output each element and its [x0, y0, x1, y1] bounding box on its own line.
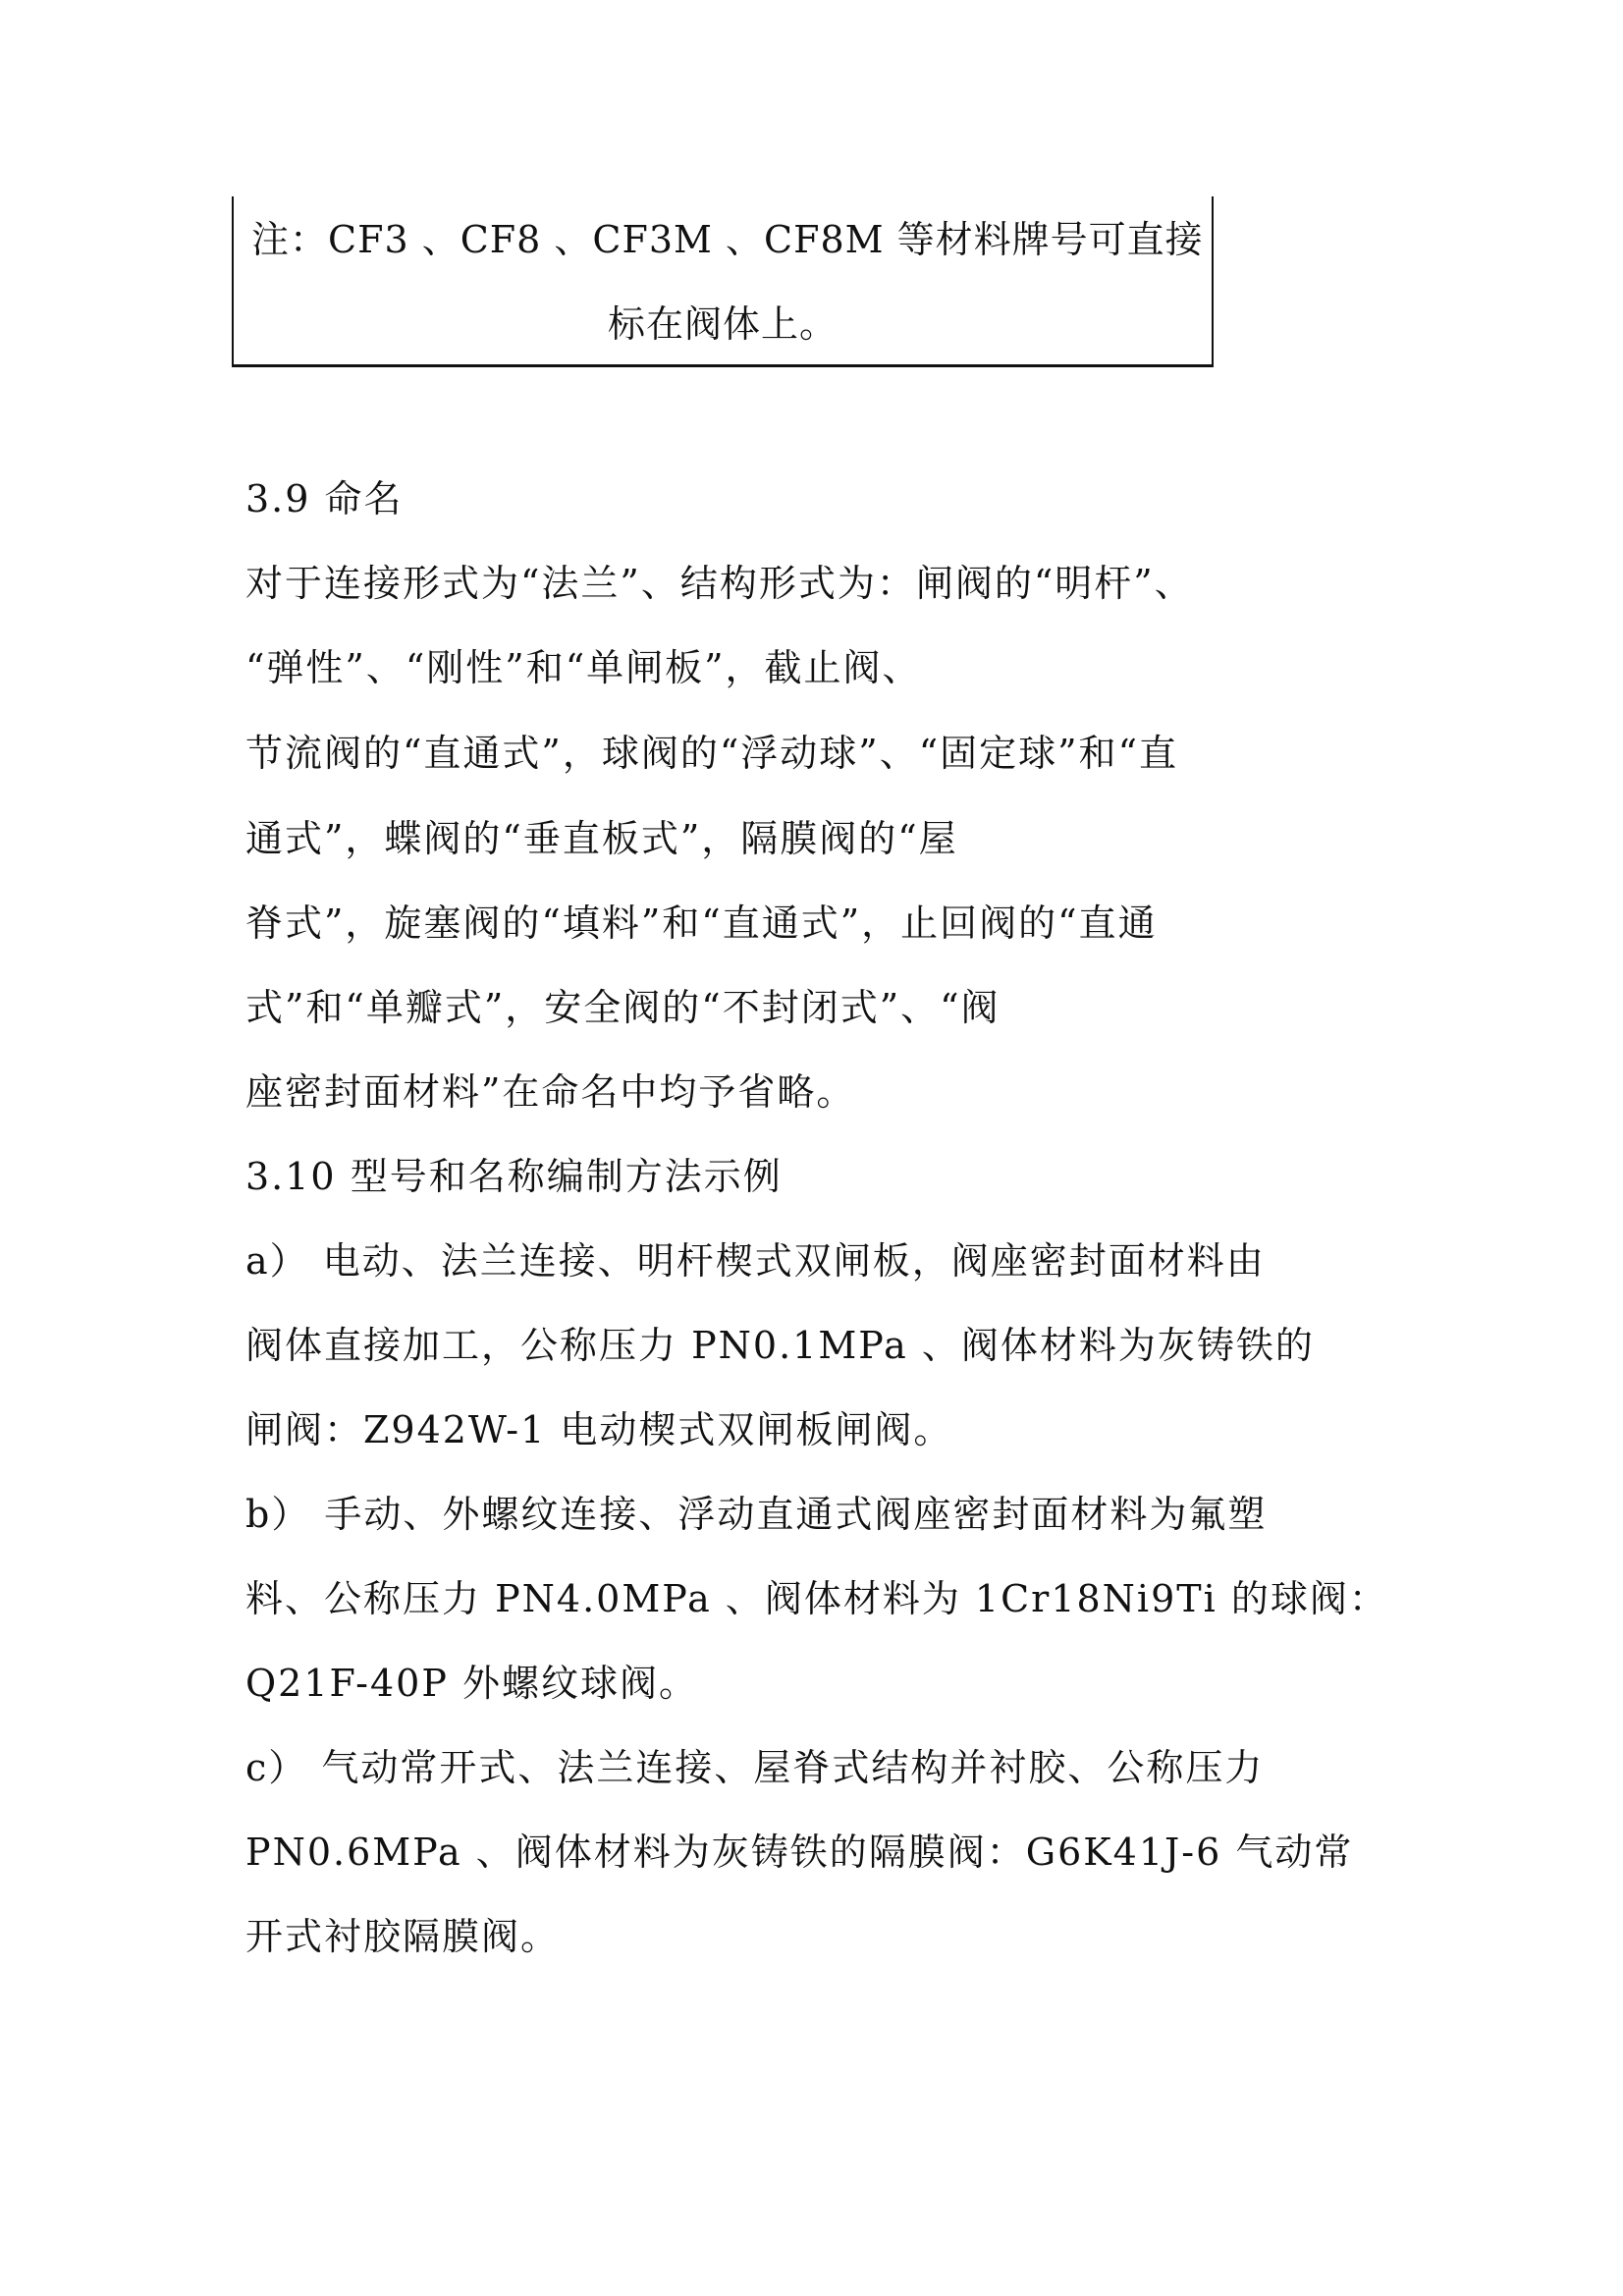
example-line: c） 气动常开式、法兰连接、屋脊式结构并衬胶、公称压力: [245, 1746, 1264, 1789]
example-line: 开式衬胶隔膜阀。: [245, 1915, 560, 1958]
paragraph-line: 通式”，蝶阀的“垂直板式”，隔膜阀的“屋: [245, 817, 958, 860]
note-box: 注：CF3 、CF8 、CF3M 、CF8M 等材料牌号可直接 标在阀体上。: [232, 196, 1214, 367]
paragraph-line: 式”和“单瓣式”，安全阀的“不封闭式”、“阀: [245, 986, 1001, 1029]
example-line: PN0.6MPa 、阀体材料为灰铸铁的隔膜阀：G6K41J-6 气动常: [245, 1831, 1353, 1874]
example-line: Q21F-40P 外螺纹球阀。: [245, 1662, 698, 1705]
example-line: 料、公称压力 PN4.0MPa 、阀体材料为 1Cr18Ni9Ti 的球阀：: [245, 1577, 1388, 1620]
section-heading-3-9: 3.9 命名: [245, 477, 404, 520]
paragraph-line: 节流阀的“直通式”，球阀的“浮动球”、“固定球”和“直: [245, 732, 1178, 775]
note-text-line-2: 标在阀体上。: [234, 302, 1212, 346]
example-line: a） 电动、法兰连接、明杆楔式双闸板，阀座密封面材料由: [245, 1239, 1266, 1283]
note-text-line-1: 注：CF3 、CF8 、CF3M 、CF8M 等材料牌号可直接: [234, 218, 1212, 261]
paragraph-line: 座密封面材料”在命名中均予省略。: [245, 1070, 855, 1114]
section-heading-3-10: 3.10 型号和名称编制方法示例: [245, 1155, 783, 1198]
paragraph-line: 对于连接形式为“法兰”、结构形式为：闸阀的“明杆”、: [245, 562, 1194, 605]
example-line: 闸阀：Z942W-1 电动楔式双闸板闸阀。: [245, 1408, 952, 1451]
example-line: b） 手动、外螺纹连接、浮动直通式阀座密封面材料为氟塑: [245, 1493, 1267, 1536]
paragraph-line: “弹性”、“刚性”和“单闸板”，截止阀、: [245, 646, 922, 689]
example-line: 阀体直接加工，公称压力 PN0.1MPa 、阀体材料为灰铸铁的: [245, 1324, 1315, 1367]
paragraph-line: 脊式”，旋塞阀的“填料”和“直通式”，止回阀的“直通: [245, 902, 1158, 945]
